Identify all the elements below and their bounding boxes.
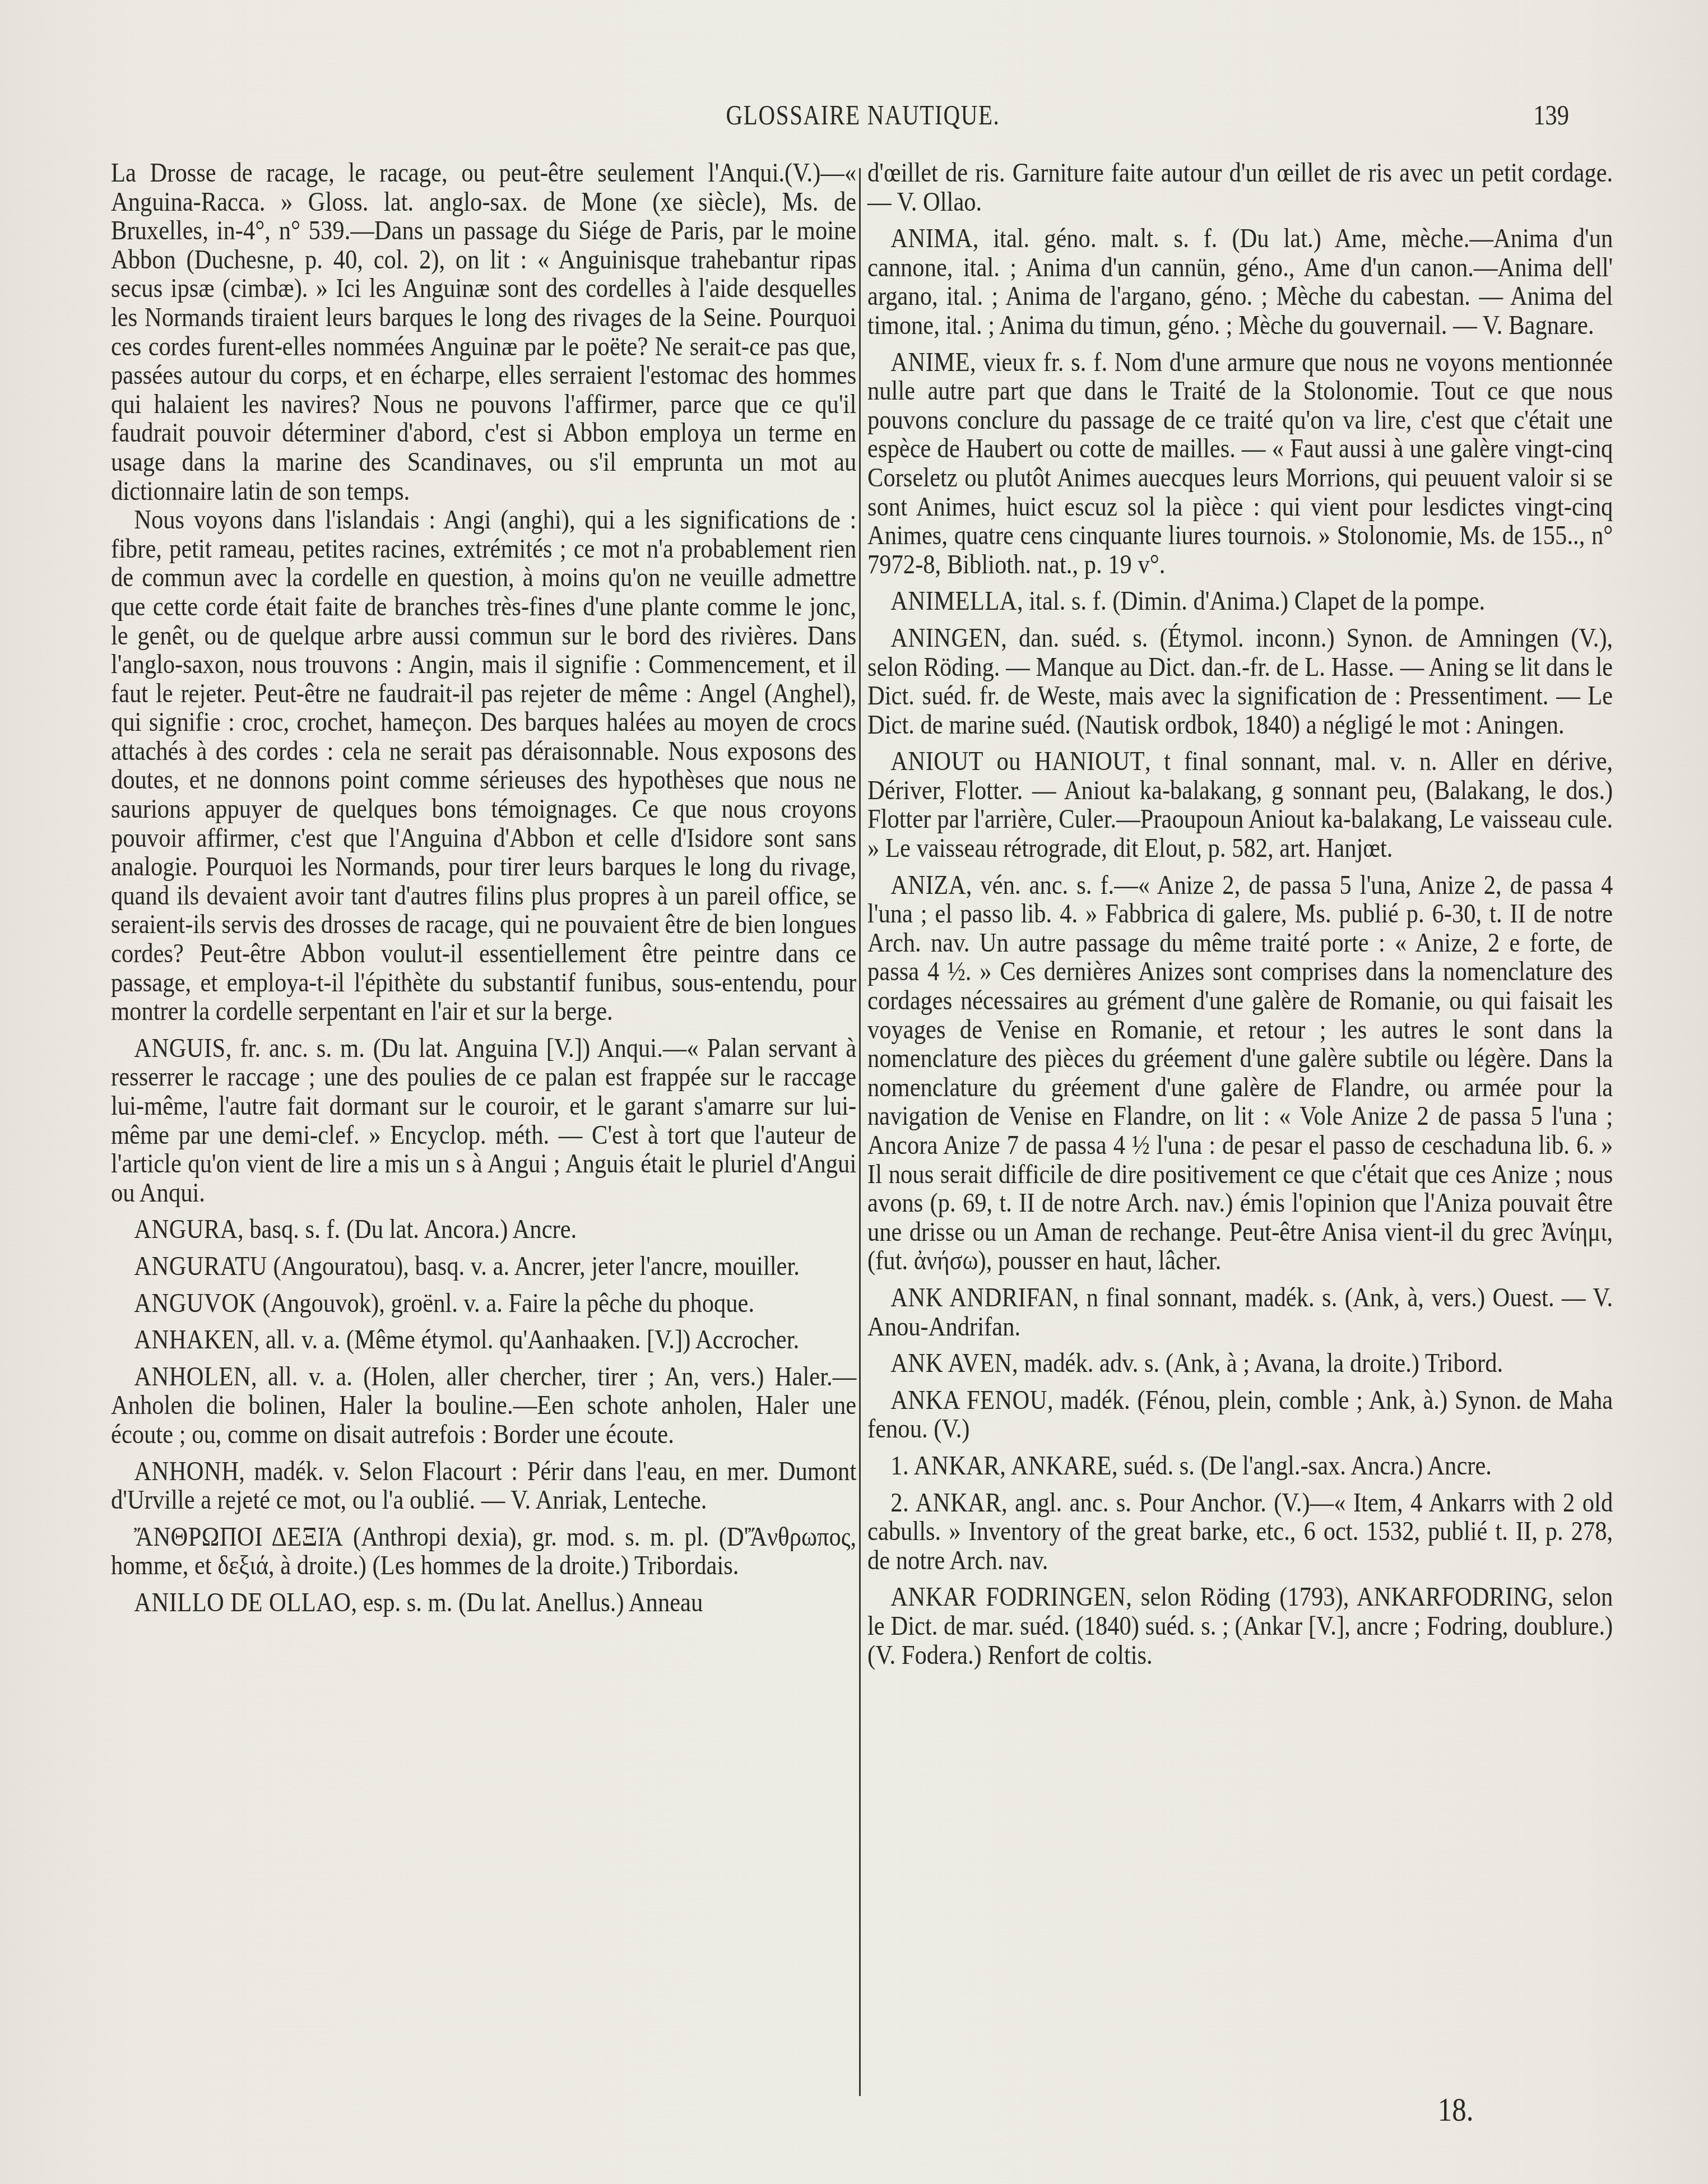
entry-text: , suéd. s. (De l'angl.-sax. Ancra.) Ancr… — [1112, 1450, 1492, 1481]
glossary-entry: ANGUIS, fr. anc. s. m. (Du lat. Anguina … — [111, 1033, 856, 1207]
headword: ANHAKEN — [134, 1324, 253, 1355]
headword: ANKAR FODRINGEN — [890, 1581, 1126, 1612]
headword: ANINGEN — [890, 622, 1001, 653]
headword: ANKA FENOU — [890, 1384, 1047, 1415]
glossary-entry: ANK ANDRIFAN, n final sonnant, madék. s.… — [867, 1283, 1613, 1341]
continuation-paragraph: La Drosse de racage, le racage, ou peut-… — [111, 158, 856, 505]
glossary-entry: ANHONH, madék. v. Selon Flacourt : Périr… — [111, 1457, 856, 1514]
headword: 1. ANKAR, ANKARE — [890, 1450, 1112, 1481]
headword: ANK AVEN — [890, 1347, 1012, 1378]
headword: 2. ANKAR — [890, 1487, 1001, 1518]
headword: ἌΝΘΡΩΠΟΙ ΔΕΞΙΆ — [134, 1521, 343, 1552]
running-head: GLOSSAIRE NAUTIQUE. 139 — [112, 94, 1614, 139]
glossary-entry: ANILLO DE OLLAO, esp. s. m. (Du lat. Ane… — [111, 1588, 856, 1617]
glossary-entry: ANIOUT ou HANIOUT, t final sonnant, mal.… — [867, 746, 1613, 862]
glossary-entry: ANIZA, vén. anc. s. f.—« Anize 2, de pas… — [867, 870, 1613, 1275]
headword: ANIMA — [890, 222, 972, 253]
glossary-entry: ANINGEN, dan. suéd. s. (Étymol. inconn.)… — [867, 623, 1613, 739]
glossary-entry: ANGURA, basq. s. f. (Du lat. Ancora.) An… — [111, 1214, 856, 1244]
left-column: La Drosse de racage, le racage, ou peut-… — [111, 158, 856, 1617]
entry-text: , esp. s. m. (Du lat. Anellus.) Anneau — [351, 1587, 703, 1617]
glossary-entry: ANGUVOK (Angouvok), groënl. v. a. Faire … — [111, 1288, 856, 1318]
glossary-entry: ANIMELLA, ital. s. f. (Dimin. d'Anima.) … — [867, 586, 1613, 615]
glossary-entry: ANIME, vieux fr. s. f. Nom d'une armure … — [867, 347, 1613, 579]
glossary-entry: 2. ANKAR, angl. anc. s. Pour Anchor. (V.… — [867, 1488, 1613, 1575]
entry-text: , madék. adv. s. (Ank, à ; Avana, la dro… — [1012, 1347, 1503, 1378]
entry-text: (Angouvok), groënl. v. a. Faire la pêche… — [256, 1287, 754, 1318]
headword: ANIZA — [890, 869, 966, 900]
glossary-entry: ANIMA, ital. géno. malt. s. f. (Du lat.)… — [867, 224, 1613, 339]
entry-text: , all. v. a. (Même étymol. qu'Aanhaaken.… — [254, 1324, 799, 1355]
entry-text: (Angouratou), basq. v. a. Ancrer, jeter … — [267, 1250, 800, 1281]
entry-text: , vieux fr. s. f. Nom d'une armure que n… — [867, 346, 1613, 579]
headword: ANGUVOK — [134, 1287, 256, 1318]
continuation-paragraph: d'œillet de ris. Garniture faite autour … — [867, 158, 1613, 216]
headword: ANGURATU — [134, 1250, 267, 1281]
running-title: GLOSSAIRE NAUTIQUE. — [247, 99, 1479, 131]
glossary-entry: 1. ANKAR, ANKARE, suéd. s. (De l'angl.-s… — [867, 1451, 1613, 1480]
paragraph: Nous voyons dans l'islandais : Angi (ang… — [111, 505, 856, 1026]
column-divider — [859, 168, 861, 2096]
glossary-entry: ANKA FENOU, madék. (Fénou, plein, comble… — [867, 1385, 1613, 1443]
page-number: 139 — [1533, 99, 1569, 131]
entry-text: , ital. géno. malt. s. f. (Du lat.) Ame,… — [867, 222, 1613, 340]
headword: ANHOLEN — [134, 1361, 251, 1392]
headword: ANHONH — [134, 1455, 239, 1486]
glossary-entry: ἌΝΘΡΩΠΟΙ ΔΕΞΙΆ (Anthropi dexia), gr. mod… — [111, 1522, 856, 1580]
glossary-entry: ANKAR FODRINGEN, selon Röding (1793), AN… — [867, 1582, 1613, 1669]
headword: ANILLO DE OLLAO — [134, 1587, 351, 1617]
glossary-entry: ANGURATU (Angouratou), basq. v. a. Ancre… — [111, 1251, 856, 1281]
headword: ANGURA — [134, 1213, 238, 1244]
entry-text: , ital. s. f. (Dimin. d'Anima.) Clapet d… — [1017, 585, 1485, 616]
headword: ANK ANDRIFAN — [890, 1282, 1073, 1313]
headword: ANIME — [890, 346, 970, 377]
headword: ANIOUT ou HANIOUT — [890, 745, 1145, 776]
headword: ANIMELLA — [890, 585, 1017, 616]
entry-text: , basq. s. f. (Du lat. Ancora.) Ancre. — [238, 1213, 577, 1244]
right-column: d'œillet de ris. Garniture faite autour … — [867, 158, 1613, 1669]
headword: ANGUIS — [134, 1032, 225, 1063]
glossary-entry: ANHAKEN, all. v. a. (Même étymol. qu'Aan… — [111, 1325, 856, 1354]
signature-mark: 18. — [1438, 2090, 1474, 2129]
glossary-entry: ANK AVEN, madék. adv. s. (Ank, à ; Avana… — [867, 1348, 1613, 1378]
book-page: GLOSSAIRE NAUTIQUE. 139 La Drosse de rac… — [0, 0, 1708, 2184]
entry-text: , vén. anc. s. f.—« Anize 2, de passa 5 … — [867, 869, 1613, 1276]
glossary-entry: ANHOLEN, all. v. a. (Holen, aller cherch… — [111, 1362, 856, 1449]
